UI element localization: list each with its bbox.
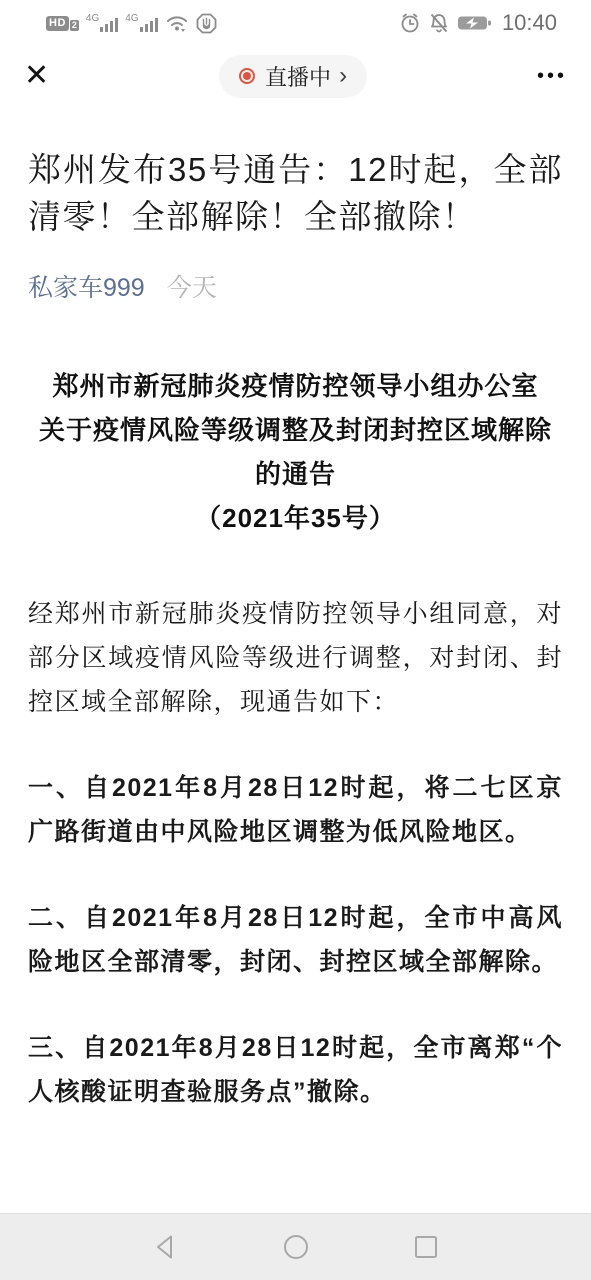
- alarm-icon: [399, 12, 421, 34]
- paragraph-intro: 经郑州市新冠肺炎疫情防控领导小组同意，对部分区域疫情风险等级进行调整，对封闭、封…: [28, 592, 563, 724]
- phone-screen: HD 2 4G 4G: [0, 0, 591, 1280]
- status-bar: HD 2 4G 4G: [0, 0, 591, 40]
- status-right-icons: 10:40: [399, 10, 557, 36]
- paragraph-item-2: 二、自2021年8月28日12时起，全市中高风险地区全部清零，封闭、封控区域全部…: [28, 896, 563, 984]
- sim2-network-label: 4G: [125, 14, 138, 24]
- sim2-signal-bars: [140, 18, 158, 32]
- volte-hd-icon: HD 2: [46, 16, 79, 31]
- clock-time: 10:40: [502, 10, 557, 36]
- app-header: ✕ 直播中 › •••: [0, 40, 591, 112]
- more-menu-icon[interactable]: •••: [537, 65, 567, 88]
- paragraph-item-3: 三、自2021年8月28日12时起，全市离郑“个人核酸证明查验服务点”撤除。: [28, 1026, 563, 1114]
- notice-heading: 郑州市新冠肺炎疫情防控领导小组办公室 关于疫情风险等级调整及封闭封控区域解除 的…: [28, 364, 563, 540]
- notice-heading-line1: 郑州市新冠肺炎疫情防控领导小组办公室: [28, 364, 563, 408]
- sim2-signal-icon: 4G: [125, 14, 157, 32]
- live-dot-icon: [239, 68, 255, 84]
- chevron-right-icon: ›: [339, 64, 347, 88]
- author-link[interactable]: 私家车999: [28, 268, 145, 304]
- mute-bell-icon: [428, 12, 450, 34]
- sim1-signal-icon: 4G: [86, 14, 118, 32]
- live-badge-label: 直播中: [265, 61, 331, 92]
- notice-heading-line2: 关于疫情风险等级调整及封闭封控区域解除: [28, 408, 563, 452]
- android-nav-bar: [0, 1213, 591, 1280]
- paragraph-item-1: 一、自2021年8月28日12时起，将二七区京广路街道由中风险地区调整为低风险地…: [28, 766, 563, 854]
- data-saver-stop-icon: [196, 13, 217, 34]
- hd-sim2-label: 2: [70, 20, 79, 31]
- status-left-icons: HD 2 4G 4G: [46, 13, 217, 34]
- article: 郑州发布35号通告：12时起，全部清零！全部解除！全部撤除！ 私家车999 今天…: [0, 112, 591, 1114]
- wifi-icon: [165, 13, 189, 33]
- publish-date: 今天: [167, 268, 217, 304]
- live-badge[interactable]: 直播中 ›: [219, 55, 367, 98]
- back-button[interactable]: [151, 1232, 181, 1262]
- back-triangle-icon: [151, 1232, 181, 1262]
- home-button[interactable]: [281, 1232, 311, 1262]
- recents-square-icon: [411, 1232, 441, 1262]
- recents-button[interactable]: [411, 1232, 441, 1262]
- hd-label: HD: [46, 16, 69, 31]
- close-icon[interactable]: ✕: [24, 61, 49, 91]
- article-meta: 私家车999 今天: [28, 268, 563, 304]
- sim1-signal-bars: [100, 18, 118, 32]
- home-circle-icon: [281, 1232, 311, 1262]
- notice-heading-line4: （2021年35号）: [28, 496, 563, 540]
- sim1-network-label: 4G: [86, 14, 99, 24]
- notice-heading-line3: 的通告: [28, 452, 563, 496]
- article-title: 郑州发布35号通告：12时起，全部清零！全部解除！全部撤除！: [28, 146, 563, 240]
- battery-charging-icon: [457, 14, 493, 32]
